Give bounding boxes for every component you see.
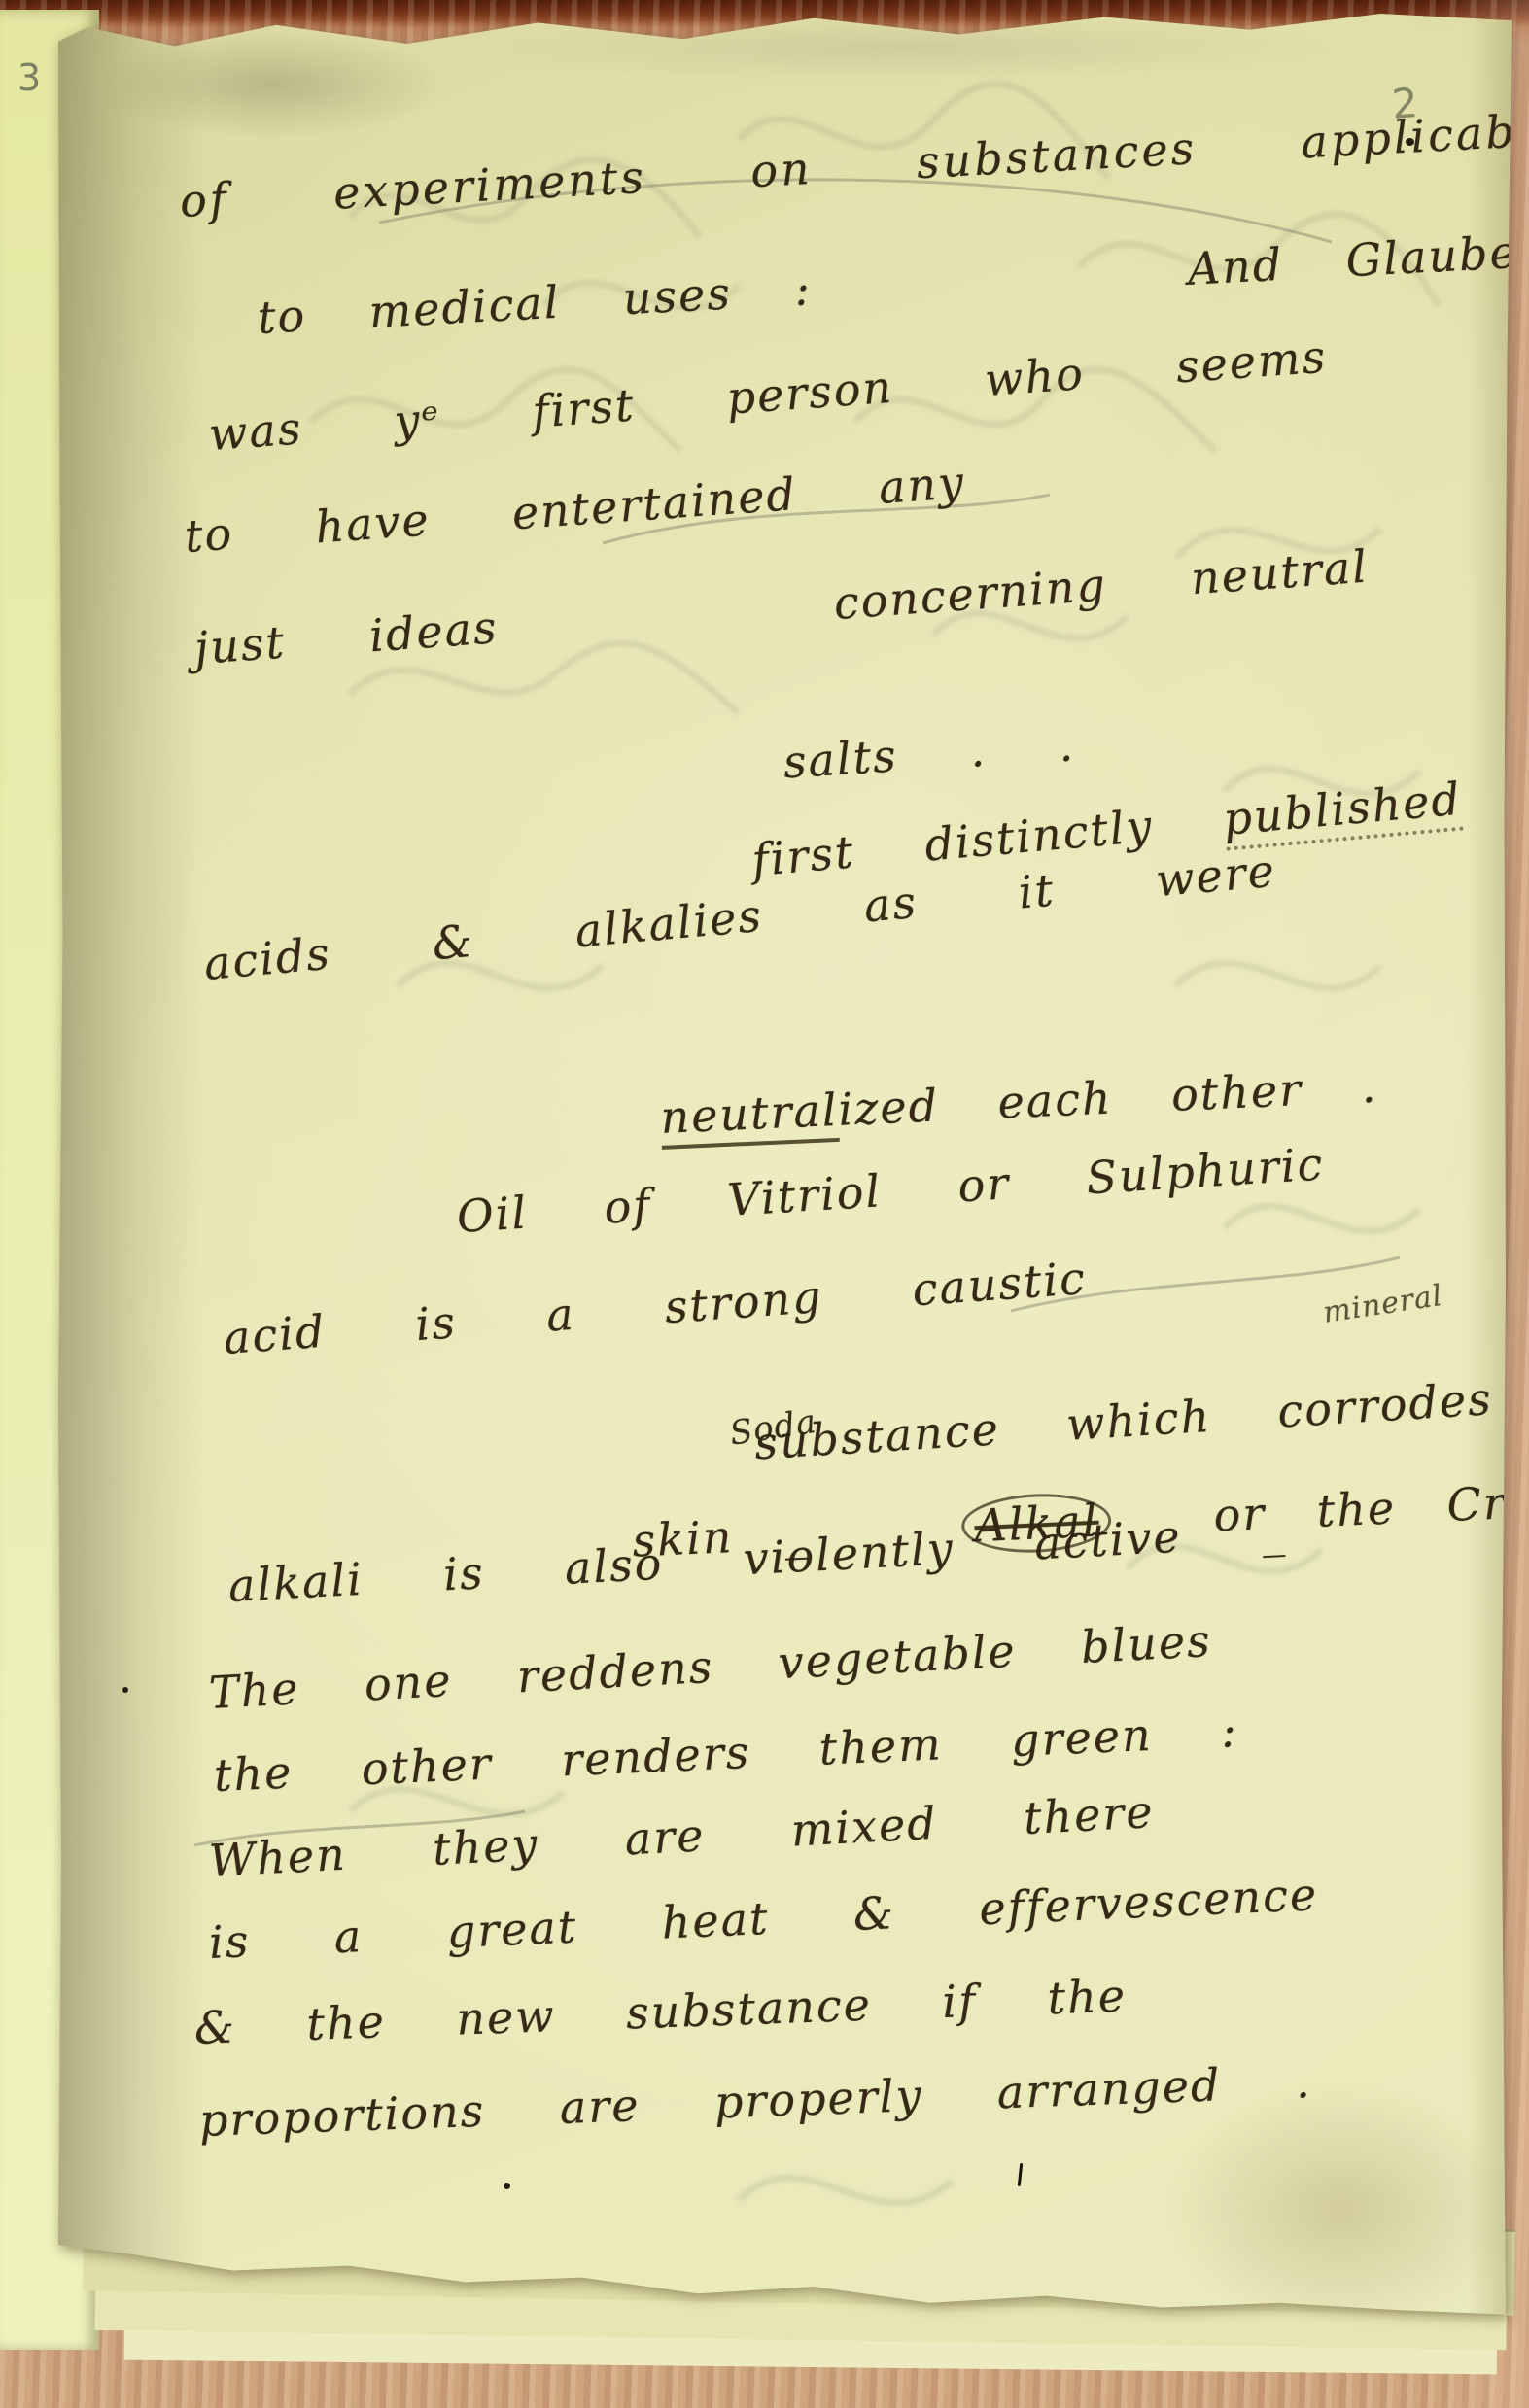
ink-speck: [122, 1687, 128, 1693]
margin-number-pencil: 3: [17, 56, 41, 99]
word-underlined-neutral: neutral: [659, 1084, 840, 1150]
line9-rest: ized each other .: [837, 1060, 1378, 1136]
manuscript-photo: 3: [0, 0, 1529, 2408]
manuscript-page: 2 of experiments on substances applicabl…: [58, 14, 1512, 2328]
word-dotted-published: published: [1221, 773, 1464, 851]
ink-speck: [504, 2183, 510, 2189]
manuscript-page-paper: 2 of experiments on substances applicabl…: [58, 14, 1512, 2328]
